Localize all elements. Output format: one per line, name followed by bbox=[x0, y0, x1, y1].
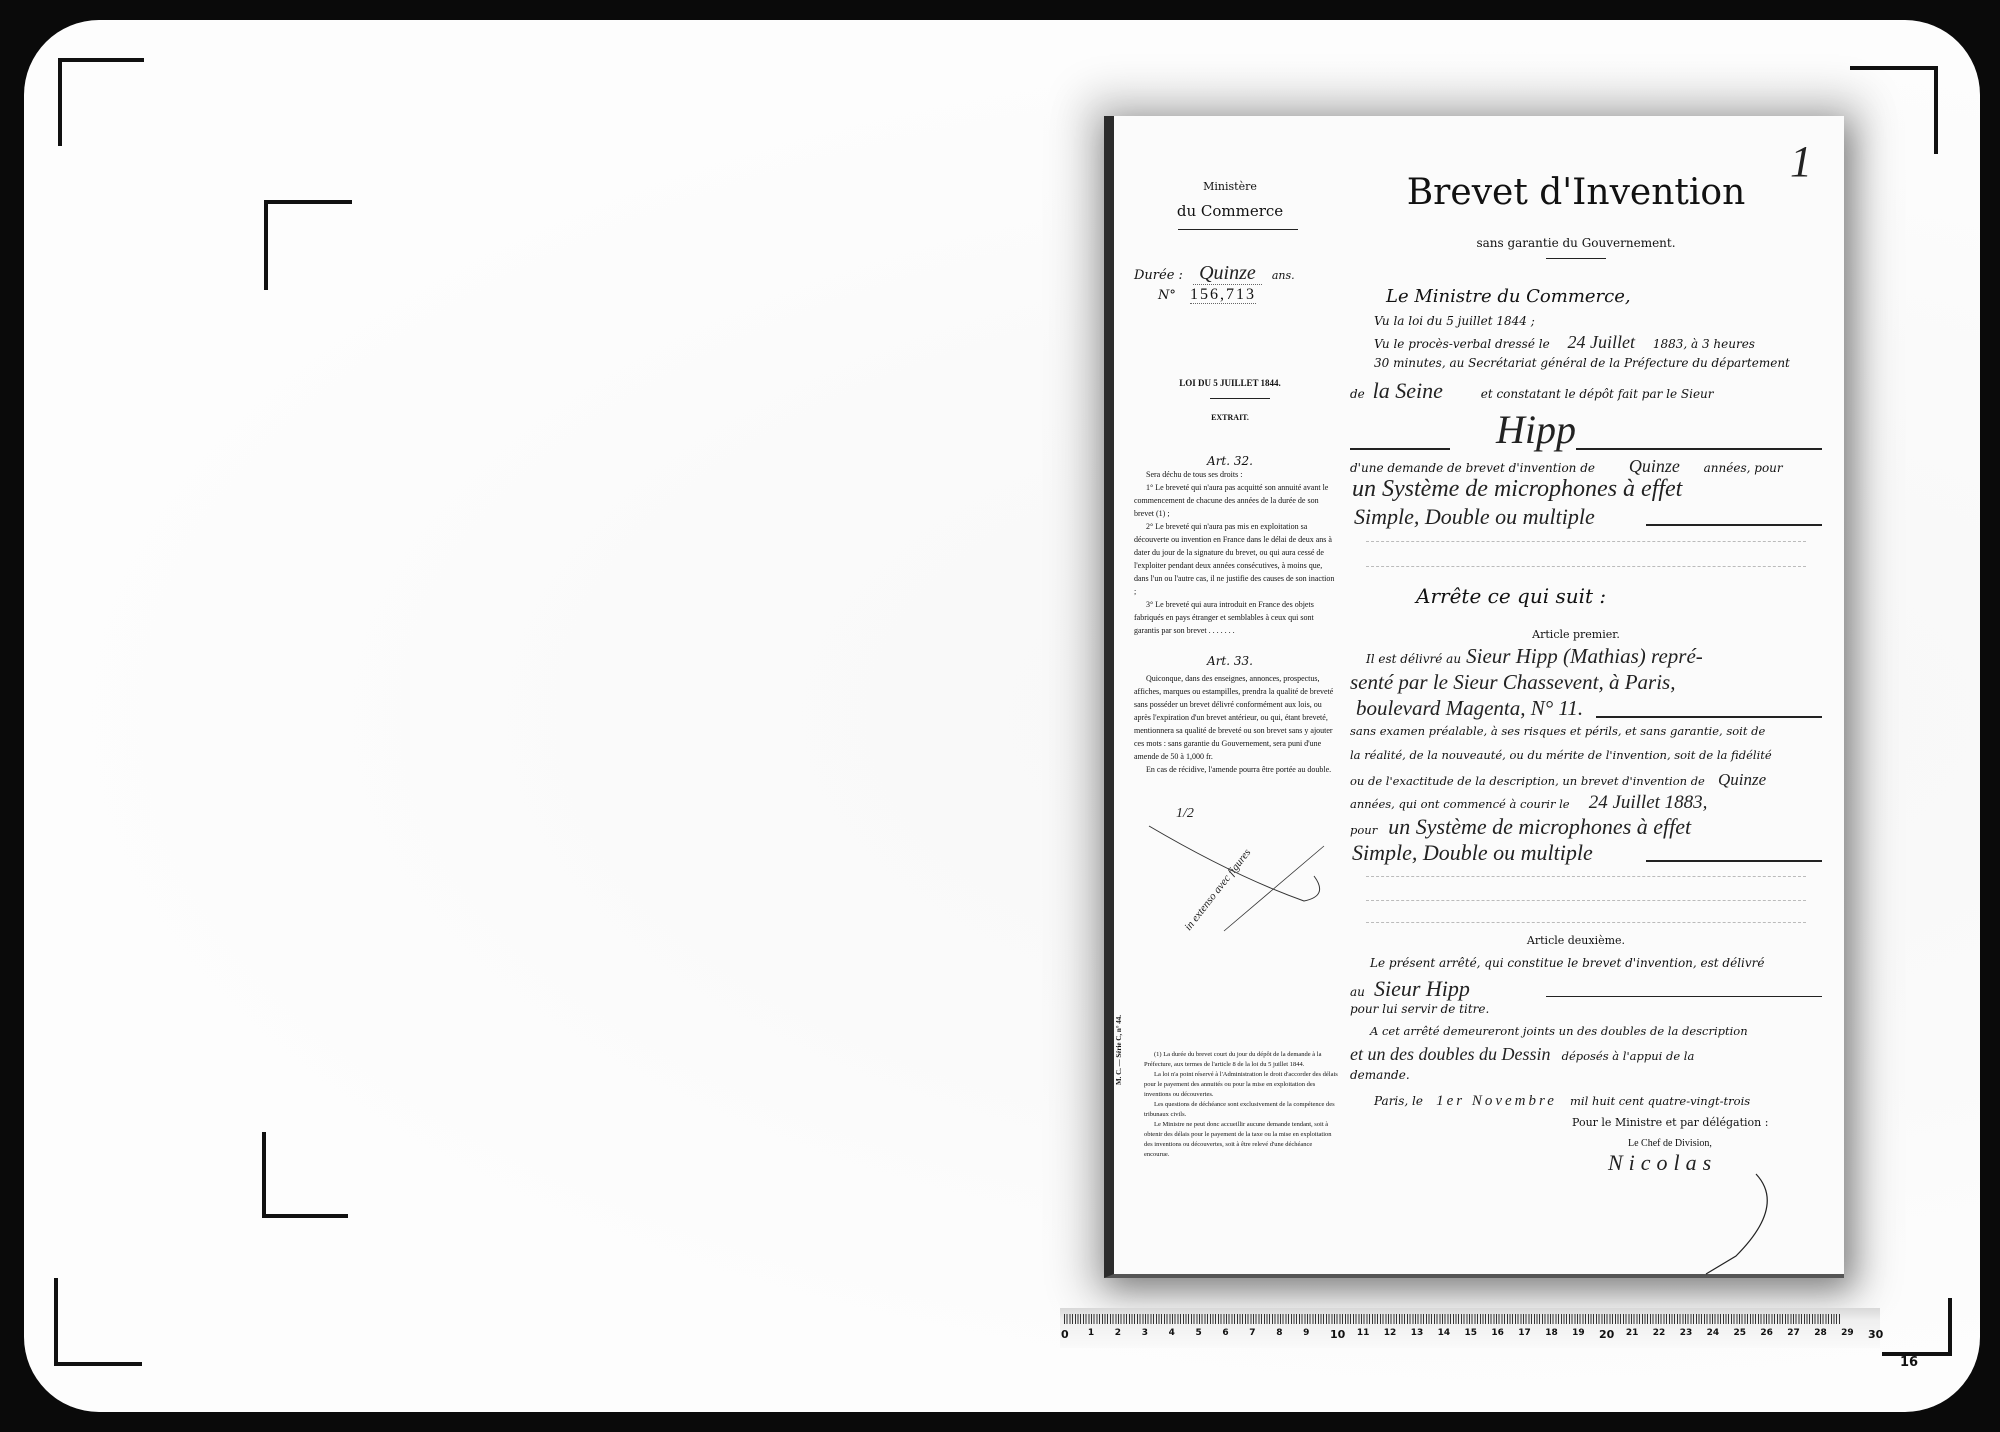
applicant-name: Hipp bbox=[1496, 406, 1576, 453]
art32-para: 2° Le breveté qui n'aura pas mis en expl… bbox=[1134, 520, 1338, 598]
footnote: (1) La durée du brevet court du jour du … bbox=[1144, 1050, 1338, 1070]
article-2-grantee: Sieur Hipp bbox=[1374, 976, 1470, 1001]
ruler-label: 12 bbox=[1384, 1328, 1397, 1338]
article-1-body-5-prefix: pour bbox=[1350, 823, 1377, 837]
ruler-label: 16 bbox=[1491, 1328, 1504, 1338]
minutes-line: 30 minutes, au Secrétariat général de la… bbox=[1374, 356, 1790, 370]
series-label: M. C. — Série C, n° 44. bbox=[1115, 1015, 1123, 1085]
ruler-label: 21 bbox=[1626, 1328, 1639, 1338]
signatory-title: Le Chef de Division, bbox=[1628, 1138, 1712, 1149]
pv-date: 24 Juillet bbox=[1568, 332, 1635, 352]
article-32-title: Art. 32. bbox=[1114, 454, 1346, 468]
article-33-title: Art. 33. bbox=[1114, 654, 1346, 668]
ruler-label: 0 bbox=[1061, 1328, 1069, 1341]
ruler-label: 20 bbox=[1599, 1328, 1614, 1341]
article-1-body-4-prefix: années, qui ont commencé à courir le bbox=[1350, 797, 1570, 811]
article-32-text: Sera déchu de tous ses droits : 1° Le br… bbox=[1134, 468, 1338, 637]
article-1-invention-2: Simple, Double ou multiple bbox=[1352, 840, 1593, 866]
art32-para: 1° Le breveté qui n'aura pas acquitté so… bbox=[1134, 481, 1338, 520]
pv-line: Vu le procès-verbal dressé le 24 Juillet… bbox=[1374, 332, 1844, 353]
article-1-body-4: années, qui ont commencé à courir le 24 … bbox=[1350, 792, 1707, 814]
corner-mark-outer-bottom-left bbox=[54, 1278, 142, 1366]
place-date-suffix: mil huit cent quatre-vingt-trois bbox=[1570, 1094, 1750, 1108]
delegation-line: Pour le Ministre et par délégation : bbox=[1572, 1116, 1768, 1129]
request-duration: Quinze bbox=[1629, 456, 1680, 476]
article-2-line-6: demande. bbox=[1350, 1068, 1410, 1082]
ruler-label: 18 bbox=[1545, 1328, 1558, 1338]
pv-year: 1883, à 3 heures bbox=[1653, 337, 1755, 351]
ruler-label: 1 bbox=[1088, 1328, 1094, 1338]
ruler-label: 11 bbox=[1357, 1328, 1370, 1338]
article-1-start-date: 24 Juillet 1883, bbox=[1589, 792, 1708, 813]
patent-number: 156,713 bbox=[1190, 286, 1256, 304]
art33-para: Quiconque, dans des enseignes, annonces,… bbox=[1134, 672, 1338, 763]
request-prefix: d'une demande de brevet d'invention de bbox=[1350, 461, 1595, 475]
footnote: La loi n'a point réservé à l'Administrat… bbox=[1144, 1070, 1338, 1100]
article-1-body-3: ou de l'exactitude de la description, un… bbox=[1350, 770, 1766, 790]
art33-para: En cas de récidive, l'amende pourra être… bbox=[1134, 763, 1338, 776]
corner-mark-outer-bottom-right bbox=[1882, 1298, 1952, 1356]
ruler-label: 19 bbox=[1572, 1328, 1585, 1338]
department-line: de la Seine et constatant le dépôt fait … bbox=[1350, 378, 1820, 404]
article-2-line-1: Le présent arrêté, qui constitue le brev… bbox=[1370, 956, 1765, 970]
number-label: N° bbox=[1158, 288, 1176, 303]
ruler-label: 13 bbox=[1411, 1328, 1424, 1338]
corner-mark-inner-bottom-left bbox=[262, 1132, 348, 1218]
article-2-line-4: A cet arrêté demeureront joints un des d… bbox=[1370, 1024, 1748, 1038]
ruler-label: 23 bbox=[1680, 1328, 1693, 1338]
ruler-label: 27 bbox=[1787, 1328, 1800, 1338]
invention-line-1: un Système de microphones à effet bbox=[1352, 476, 1682, 503]
invention-line-2: Simple, Double ou multiple bbox=[1354, 504, 1595, 530]
ruler-label: 7 bbox=[1249, 1328, 1255, 1338]
line-law: Vu la loi du 5 juillet 1844 ; bbox=[1374, 314, 1535, 328]
duration-label: Durée : bbox=[1134, 268, 1183, 283]
ruler-label: 25 bbox=[1734, 1328, 1747, 1338]
ministry-line-2: du Commerce bbox=[1114, 202, 1346, 220]
ruler-label: 5 bbox=[1196, 1328, 1202, 1338]
article-2-line-5-suffix: déposés à l'appui de la bbox=[1562, 1049, 1695, 1063]
grantee-line-2: senté par le Sieur Chassevent, à Paris, bbox=[1350, 670, 1675, 695]
ruler-label: 3 bbox=[1142, 1328, 1148, 1338]
article-1-body-3-prefix: ou de l'exactitude de la description, un… bbox=[1350, 774, 1705, 788]
margin-strike-lines bbox=[1144, 816, 1344, 936]
ruler-ticks bbox=[1064, 1314, 1840, 1324]
ruler-label: 10 bbox=[1330, 1328, 1345, 1341]
article-33-text: Quiconque, dans des enseignes, annonces,… bbox=[1134, 672, 1338, 776]
corner-mark-outer-top-left bbox=[58, 58, 144, 146]
dept-value: la Seine bbox=[1373, 378, 1443, 403]
ruler-label: 22 bbox=[1653, 1328, 1666, 1338]
dept-prefix: de bbox=[1350, 387, 1365, 401]
request-line: d'une demande de brevet d'invention de Q… bbox=[1350, 456, 1830, 477]
art32-para: Sera déchu de tous ses droits : bbox=[1134, 468, 1338, 481]
place-date-prefix: Paris, le bbox=[1374, 1094, 1423, 1108]
ruler-label: 2 bbox=[1115, 1328, 1121, 1338]
article-1-line-1: Il est délivré au Sieur Hipp (Mathias) r… bbox=[1366, 644, 1846, 669]
ruler-label: 15 bbox=[1465, 1328, 1478, 1338]
article-1-body-1: sans examen préalable, à ses risques et … bbox=[1350, 724, 1765, 738]
article-1-invention-1: un Système de microphones à effet bbox=[1388, 814, 1691, 839]
duration-value: Quinze bbox=[1193, 262, 1262, 285]
article-2-drawing: et un des doubles du Dessin bbox=[1350, 1044, 1550, 1064]
article-1-title: Article premier. bbox=[1346, 628, 1806, 641]
pv-prefix: Vu le procès-verbal dressé le bbox=[1374, 337, 1550, 351]
ruler-label: 4 bbox=[1169, 1328, 1175, 1338]
minister-heading: Le Ministre du Commerce, bbox=[1386, 286, 1631, 307]
number-row: N° 156,713 bbox=[1158, 286, 1256, 304]
corner-mark-outer-top-right bbox=[1850, 66, 1938, 154]
grantee-line-1: Sieur Hipp (Mathias) repré- bbox=[1466, 644, 1703, 668]
footnote: Les questions de déchéance sont exclusiv… bbox=[1144, 1100, 1338, 1120]
right-column: Brevet d'Invention sans garantie du Gouv… bbox=[1346, 116, 1844, 1274]
article-1-prefix: Il est délivré au bbox=[1366, 652, 1461, 666]
frame-number: 16 bbox=[1900, 1355, 1918, 1370]
ruler-label: 14 bbox=[1438, 1328, 1451, 1338]
duration-unit: ans. bbox=[1272, 269, 1295, 282]
arrete-heading: Arrête ce qui suit : bbox=[1416, 584, 1606, 608]
document-subtitle: sans garantie du Gouvernement. bbox=[1346, 236, 1806, 250]
ruler-label: 28 bbox=[1814, 1328, 1827, 1338]
ruler-label: 29 bbox=[1841, 1328, 1854, 1338]
ruler-label: 17 bbox=[1518, 1328, 1531, 1338]
left-column: Ministère du Commerce Durée : Quinze ans… bbox=[1114, 116, 1346, 1274]
article-1-body-5: pour un Système de microphones à effet bbox=[1350, 814, 1691, 840]
ruler-label: 30 bbox=[1868, 1328, 1883, 1341]
place-date-line: Paris, le 1er Novembre mil huit cent qua… bbox=[1374, 1090, 1750, 1110]
request-suffix: années, pour bbox=[1704, 461, 1783, 475]
article-2-line-3: pour lui servir de titre. bbox=[1350, 1002, 1489, 1016]
article-2-line-2: au Sieur Hipp bbox=[1350, 976, 1470, 1002]
grantee-line-3: boulevard Magenta, N° 11. bbox=[1356, 696, 1583, 721]
article-2-line-5: et un des doubles du Dessin déposés à l'… bbox=[1350, 1044, 1694, 1065]
ruler-label: 8 bbox=[1276, 1328, 1282, 1338]
article-2-title: Article deuxième. bbox=[1346, 934, 1806, 947]
ruler-label: 24 bbox=[1707, 1328, 1720, 1338]
document-title: Brevet d'Invention bbox=[1346, 172, 1806, 213]
measurement-ruler: 0123456789101112131415161718192021222324… bbox=[1060, 1308, 1880, 1348]
article-1-body-2: la réalité, de la nouveauté, ou du mérit… bbox=[1350, 748, 1772, 762]
ruler-label: 9 bbox=[1303, 1328, 1309, 1338]
extract-label: EXTRAIT. bbox=[1114, 413, 1346, 422]
patent-document: 1 Ministère du Commerce Durée : Quinze a… bbox=[1104, 116, 1844, 1278]
duration-row: Durée : Quinze ans. bbox=[1134, 262, 1344, 285]
signature-flourish bbox=[1646, 1166, 1776, 1276]
art32-para: 3° Le breveté qui aura introduit en Fran… bbox=[1134, 598, 1338, 637]
place-date-value: 1er Novembre bbox=[1436, 1093, 1557, 1109]
article-2-line-2-prefix: au bbox=[1350, 985, 1365, 999]
footnotes: (1) La durée du brevet court du jour du … bbox=[1144, 1050, 1338, 1160]
article-1-duration: Quinze bbox=[1718, 770, 1766, 789]
corner-mark-inner-top-left bbox=[264, 200, 352, 290]
ministry-line-1: Ministère bbox=[1114, 180, 1346, 193]
law-title: LOI DU 5 JUILLET 1844. bbox=[1114, 378, 1346, 388]
ruler-label: 26 bbox=[1760, 1328, 1773, 1338]
ruler-label: 6 bbox=[1222, 1328, 1228, 1338]
deposit-text: et constatant le dépôt fait par le Sieur bbox=[1481, 387, 1714, 401]
footnote: Le Ministre ne peut donc accueillir aucu… bbox=[1144, 1120, 1338, 1160]
